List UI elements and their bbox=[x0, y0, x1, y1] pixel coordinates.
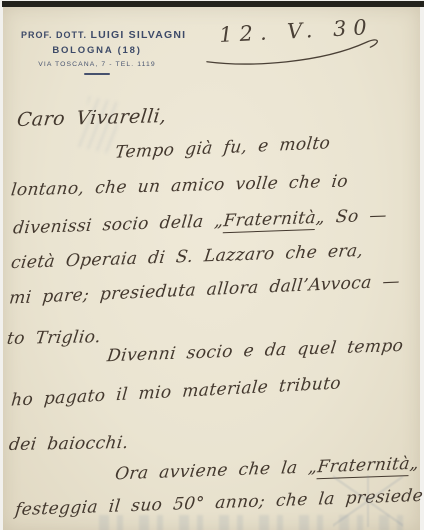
body-line: festeggia il suo 50° anno; che la presie… bbox=[14, 486, 424, 520]
body-line: Divenni socio e da quel tempo bbox=[106, 336, 405, 366]
body-line-segment: „ bbox=[409, 454, 421, 474]
letterhead-name: LUIGI SILVAGNI bbox=[91, 29, 187, 41]
body-line: ho pagato il mio materiale tributo bbox=[10, 373, 342, 410]
body-line: Ora avviene che la „Fraternità„ bbox=[114, 454, 421, 485]
letterhead-rule bbox=[84, 73, 110, 75]
underlined-word: Fraternità bbox=[316, 454, 411, 479]
letterhead-city: BOLOGNA (18) bbox=[21, 45, 173, 56]
letter-paper: PROF. DOTT. LUIGI SILVAGNI BOLOGNA (18) … bbox=[3, 7, 420, 530]
letter-photo: PROF. DOTT. LUIGI SILVAGNI BOLOGNA (18) … bbox=[0, 0, 424, 530]
body-line: divenissi socio della „Fraternità„ So — bbox=[12, 205, 388, 238]
body-line-segment: „ So — bbox=[315, 205, 388, 228]
body-line: Tempo già fu, e molto bbox=[114, 133, 331, 163]
underlined-word: Fraternità bbox=[222, 208, 317, 233]
letterhead-title: PROF. DOTT. bbox=[21, 30, 87, 40]
body-line-segment: divenissi socio della „ bbox=[12, 211, 225, 238]
letterhead-name-line: PROF. DOTT. LUIGI SILVAGNI bbox=[21, 29, 173, 41]
salutation-line: Caro Vivarelli, bbox=[16, 105, 168, 131]
bleedthrough-mark bbox=[99, 515, 410, 530]
body-line: cietà Operaia di S. Lazzaro che era, bbox=[10, 241, 365, 273]
body-line: dei baiocchi. bbox=[8, 433, 130, 455]
body-line: mi pare; presieduta allora dall’Avvoca — bbox=[8, 271, 401, 308]
letterhead: PROF. DOTT. LUIGI SILVAGNI BOLOGNA (18) … bbox=[21, 29, 173, 75]
body-line-segment: Ora avviene che la „ bbox=[114, 457, 319, 484]
body-line: to Triglio. bbox=[6, 327, 102, 349]
letterhead-address: VIA TOSCANA, 7 - TEL. 1119 bbox=[21, 61, 173, 68]
handwritten-date-block: 12. V. 30 bbox=[201, 14, 393, 70]
body-line: lontano, che un amico volle che io bbox=[10, 172, 349, 201]
